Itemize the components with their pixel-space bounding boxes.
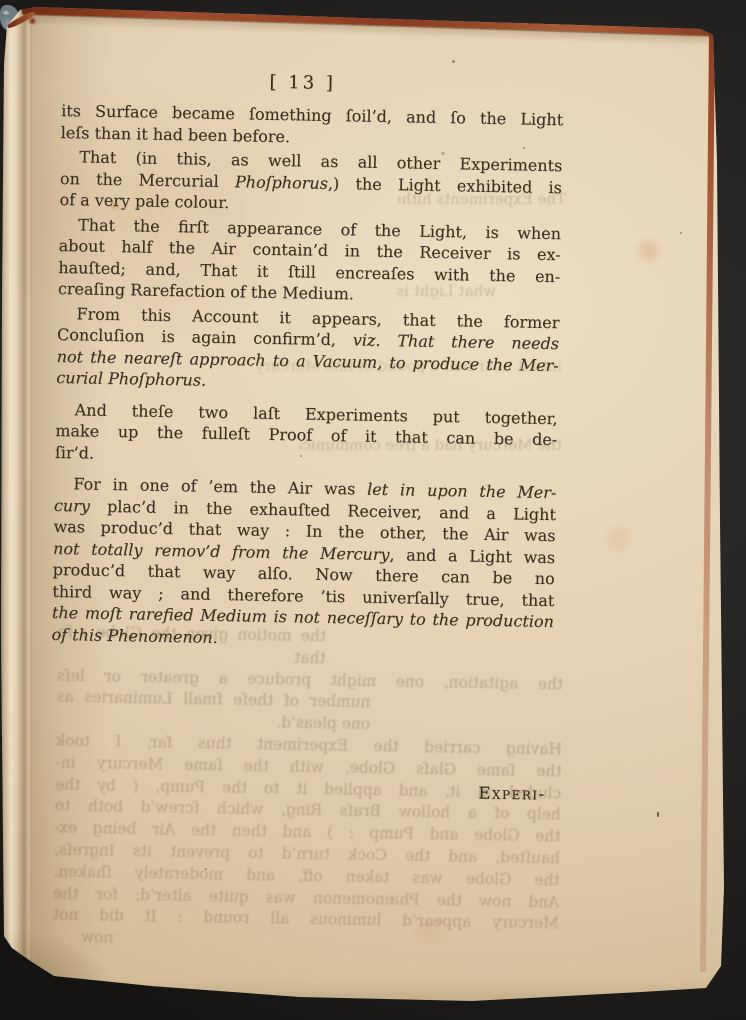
catchword: Experi- [456, 783, 568, 804]
printed-text-layer: [ 13 ] its Surface became ſomething ſoil… [0, 0, 746, 1020]
paragraph: That (in this, as well as all other Expe… [59, 146, 562, 220]
page-number-header: [ 13 ] [62, 66, 544, 101]
book-scan: The Experiments hither- what Light is in… [0, 0, 746, 1020]
paragraph: From this Account it appears, that the f… [56, 302, 559, 397]
paragraphs: its Surface became ſomething ſoil’d, and… [51, 100, 563, 654]
paragraph: That the firſt appearance of the Light, … [58, 213, 561, 308]
book-page: The Experiments hither- what Light is in… [0, 0, 746, 1020]
paragraph: For in one of ’em the Air was let in upo… [51, 473, 556, 654]
paragraph: And theſe two laſt Experiments put toget… [55, 398, 558, 472]
text-block: [ 13 ] its Surface became ſomething ſoil… [51, 66, 564, 654]
paragraph: its Surface became ſomething ſoil’d, and… [61, 100, 564, 152]
